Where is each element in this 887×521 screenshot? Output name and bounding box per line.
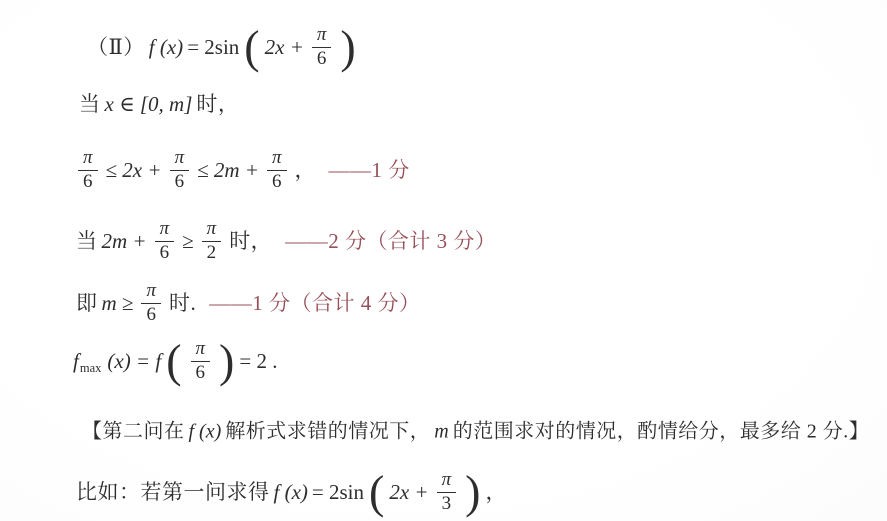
fraction-pi-6: π 6 [170, 148, 190, 192]
inner-expression: 2x + [389, 479, 428, 505]
cjk-text-when: 当 [76, 228, 98, 254]
math-text: 2m + [102, 228, 147, 254]
cjk-text-shi: 时. [169, 290, 196, 316]
fraction-pi-6: π 6 [191, 339, 211, 383]
fraction-denominator: 6 [317, 48, 327, 70]
math-text: (x) = f [107, 348, 161, 374]
fraction-numerator: π [191, 339, 211, 362]
big-paren-open: ( [369, 472, 384, 512]
fraction-denominator: 6 [196, 362, 206, 384]
math-text: ≤ 2x + [106, 157, 162, 183]
variable-m: m [434, 420, 448, 445]
solution-line-result: 即 m ≥ π 6 时. ——1 分（合计 4 分） [76, 281, 420, 325]
fraction-numerator: π [155, 219, 175, 242]
solution-line-domain: 当 x ∈ [0, m] 时， [79, 91, 239, 117]
big-paren-open: ( [244, 27, 259, 67]
function-f: f [73, 348, 79, 374]
cjk-text-shi: 时， [229, 228, 272, 254]
math-text: = 2 . [239, 348, 277, 374]
fraction-numerator: π [437, 470, 457, 493]
geq-sign: ≥ [182, 228, 194, 254]
solution-line-maximum: f max (x) = f ( π 6 ) = 2 . [73, 339, 277, 383]
cjk-text-when: 当 [79, 91, 101, 117]
solution-line-part2-formula: （Ⅱ） f (x) = 2sin ( 2x + π 6 ) [87, 25, 357, 69]
fraction-pi-6: π 6 [78, 148, 98, 192]
equals-2sin: = 2sin [312, 479, 364, 505]
interval-expression: x ∈ [0, m] [105, 91, 193, 117]
equals-2sin: = 2sin [187, 34, 239, 60]
fraction-numerator: π [312, 25, 332, 48]
cjk-text: 【第二问在 [82, 420, 185, 445]
big-paren-close: ) [219, 341, 234, 381]
cjk-text-thus: 即 [76, 290, 98, 316]
fraction-numerator: π [170, 148, 190, 171]
score-annotation-1pt: ——1 分 [329, 157, 410, 183]
fraction-denominator: 6 [146, 304, 156, 326]
fraction-numerator: π [267, 148, 287, 171]
part-label: （Ⅱ） [87, 34, 145, 60]
big-paren-close: ) [340, 27, 355, 67]
fraction-denominator: 2 [207, 242, 217, 264]
solution-line-condition: 当 2m + π 6 ≥ π 2 时， ——2 分（合计 3 分） [76, 219, 496, 263]
cjk-text: 解析式求错的情况下， [225, 420, 430, 445]
inner-expression: 2x + [265, 34, 304, 60]
solution-line-inequality: π 6 ≤ 2x + π 6 ≤ 2m + π 6 ， ——1 分 [74, 148, 410, 192]
fraction-denominator: 6 [175, 171, 185, 193]
cjk-text-example: 比如：若第一问求得 [76, 479, 270, 505]
fraction-denominator: 6 [272, 171, 282, 193]
fraction-denominator: 6 [160, 242, 170, 264]
fraction-pi-3: π 3 [437, 470, 457, 514]
fraction-pi-6: π 6 [312, 25, 332, 69]
fraction-pi-2: π 2 [202, 219, 222, 263]
math-text: ≤ 2m + [197, 157, 259, 183]
math-text: m ≥ [102, 290, 134, 316]
fraction-denominator: 6 [83, 171, 93, 193]
subscript-max: max [80, 361, 102, 377]
score-annotation-1pt: ——1 分（合计 4 分） [209, 290, 420, 316]
function-notation: f (x) [189, 420, 222, 445]
big-paren-close: ) [465, 472, 480, 512]
function-notation: f (x) [274, 479, 308, 505]
comma: ， [295, 157, 316, 183]
fraction-numerator: π [141, 281, 161, 304]
cjk-text-shi: 时， [196, 91, 239, 117]
fraction-pi-6: π 6 [267, 148, 287, 192]
example-line: 比如：若第一问求得 f (x) = 2sin ( 2x + π 3 ) ， [76, 470, 506, 514]
fraction-numerator: π [78, 148, 98, 171]
score-annotation-2pt: ——2 分（合计 3 分） [285, 228, 496, 254]
fraction-pi-6: π 6 [141, 281, 161, 325]
fraction-denominator: 3 [442, 493, 452, 515]
document-page: （Ⅱ） f (x) = 2sin ( 2x + π 6 ) 当 x ∈ [0, … [0, 0, 887, 521]
function-notation: f (x) [149, 34, 183, 60]
fraction-pi-6: π 6 [155, 219, 175, 263]
grading-note: 【第二问在 f (x) 解析式求错的情况下， m 的范围求对的情况，酌情给分，最… [82, 420, 869, 445]
fraction-numerator: π [202, 219, 222, 242]
big-paren-open: ( [166, 341, 181, 381]
comma: ， [485, 479, 506, 505]
cjk-text: 的范围求对的情况，酌情给分，最多给 2 分.】 [453, 420, 870, 445]
